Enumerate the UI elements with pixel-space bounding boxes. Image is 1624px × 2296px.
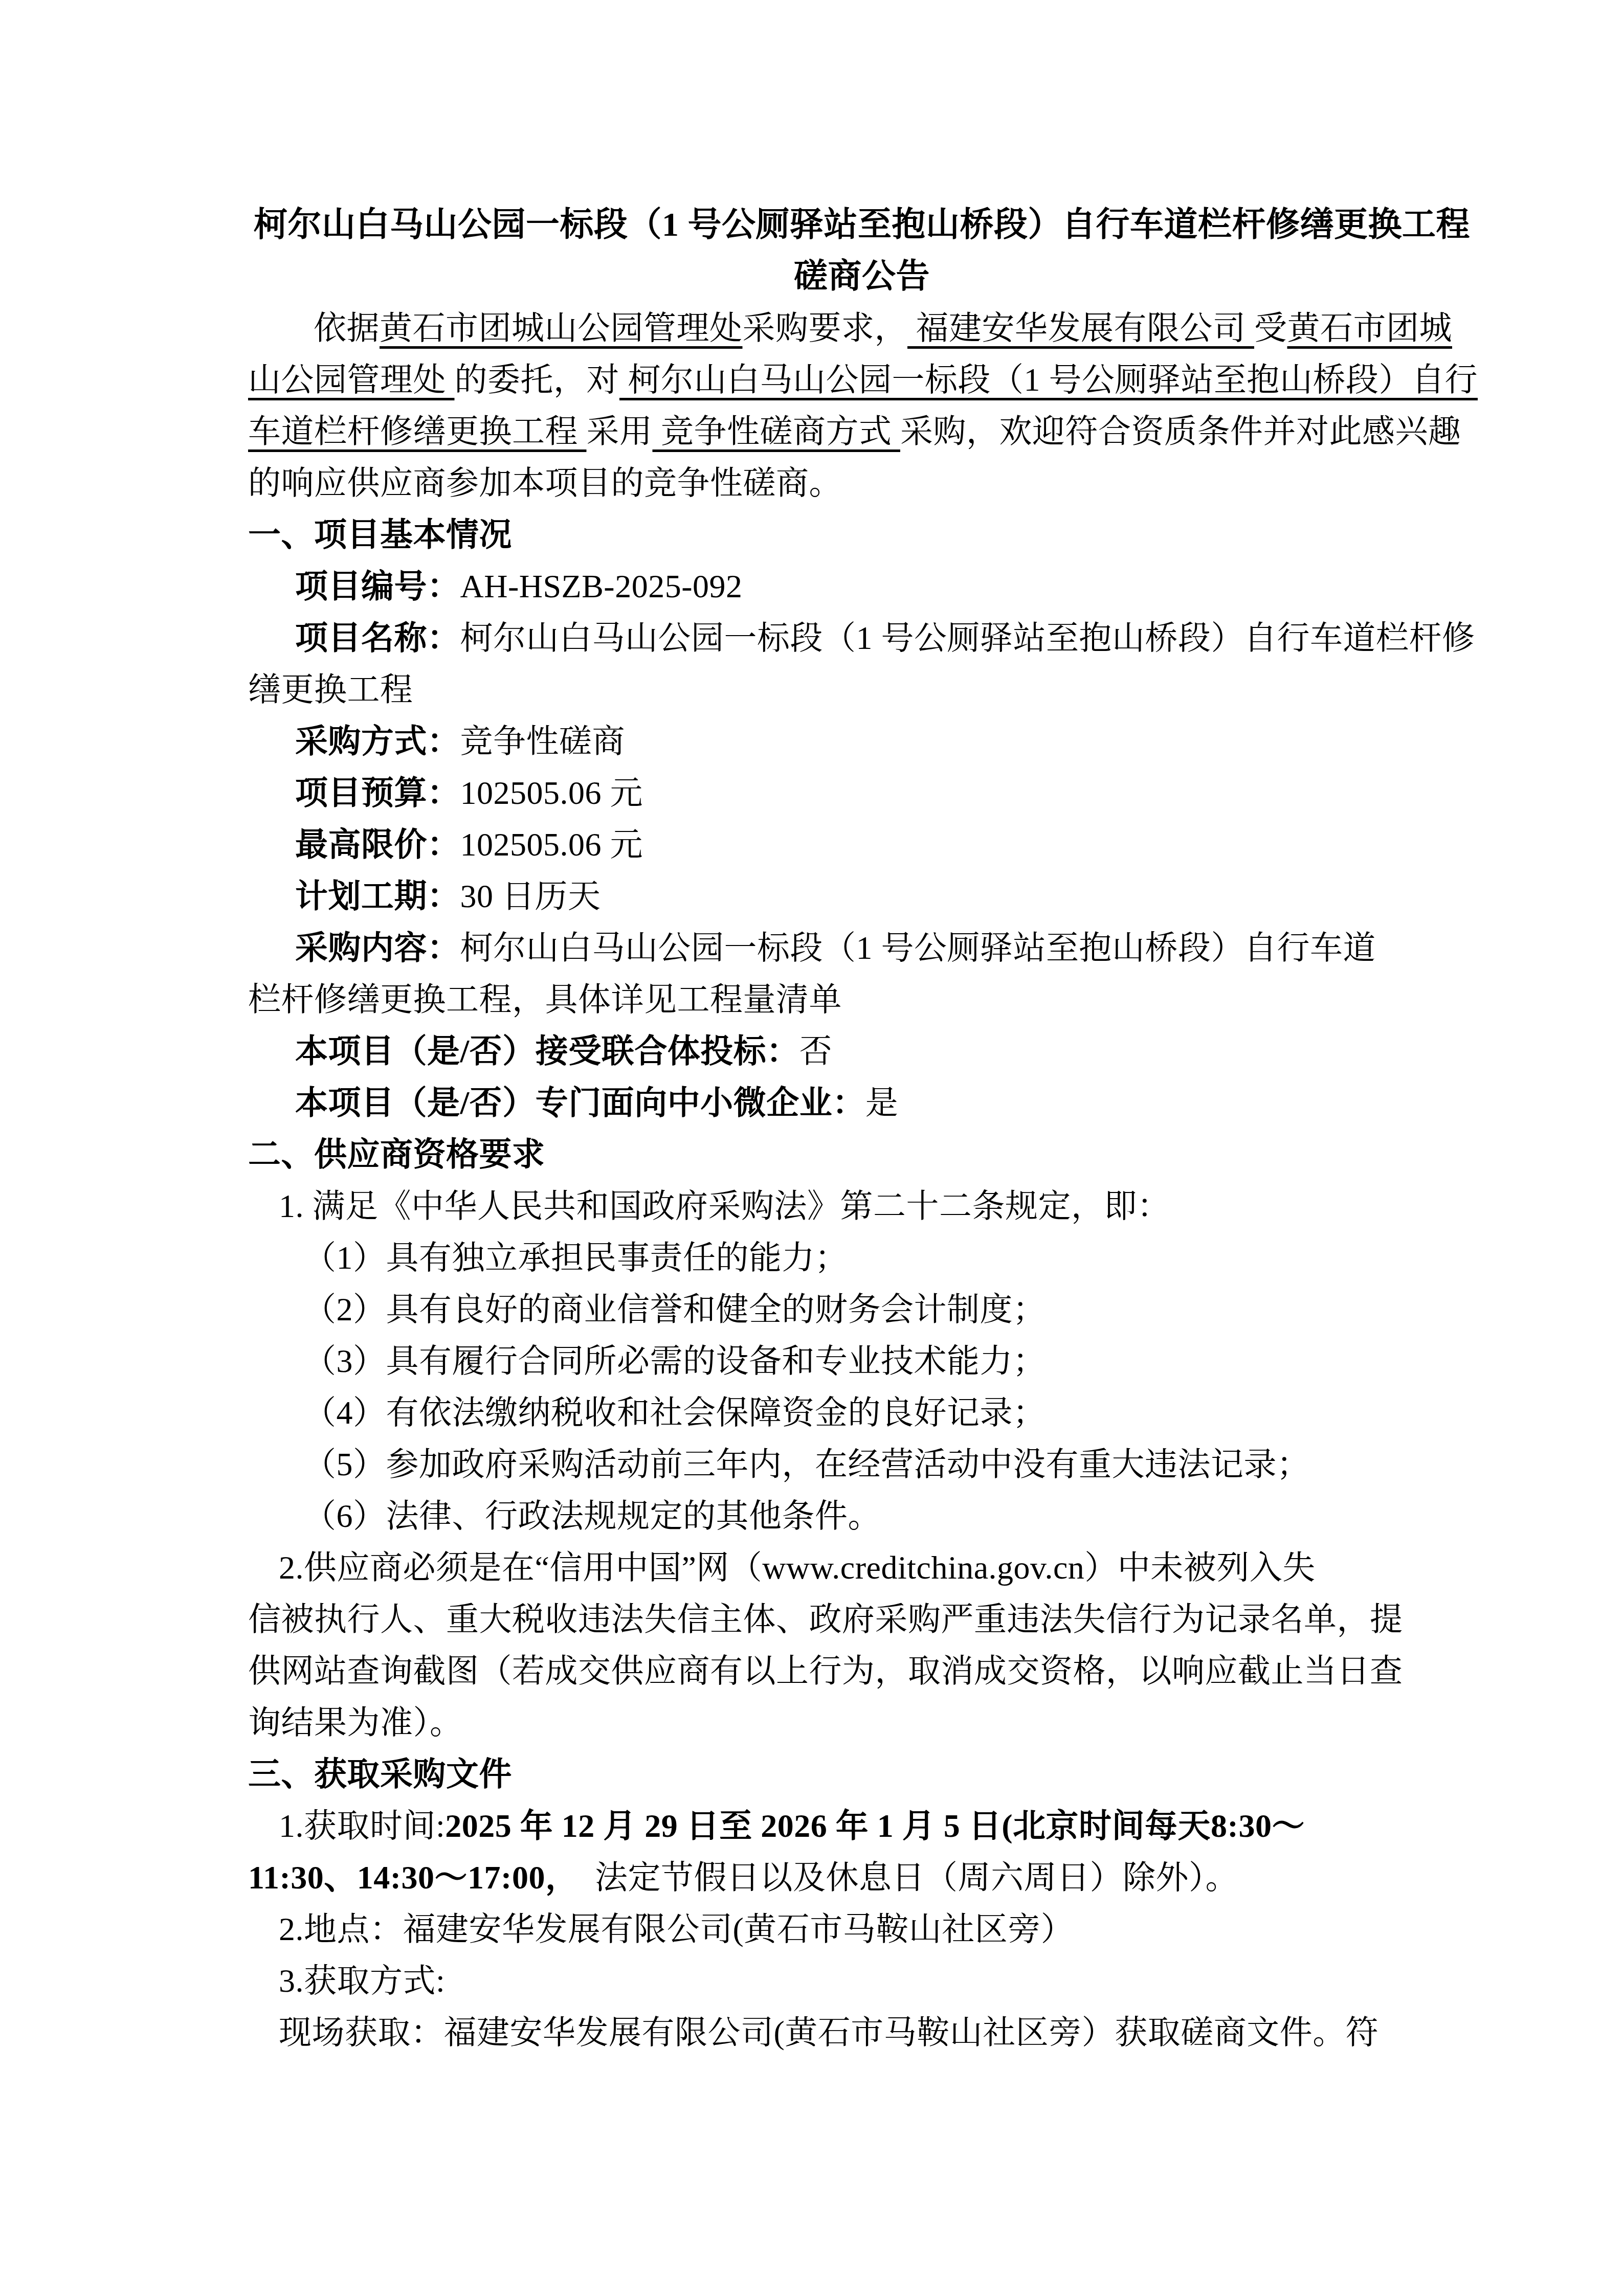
text-line-34: 现场获取：福建安华发展有限公司(黄石市马鞍山社区旁）获取磋商文件。符 — [248, 2007, 1476, 2058]
bold-text: 采购方式： — [295, 723, 460, 759]
text-line-18: 1. 满足《中华人民共和国政府采购法》第二十二条规定，即： — [248, 1180, 1476, 1232]
text-run: 供网站查询截图（若成交供应商有以上行为，取消成交资格，以响应截止当日查 — [248, 1653, 1403, 1689]
text-line-12: 计划工期：30 日历天 — [248, 870, 1476, 922]
text-line-32: 2.地点：福建安华发展有限公司(黄石市马鞍山社区旁） — [248, 1903, 1476, 1955]
underlined-text: 黄石市团城 — [1287, 310, 1453, 346]
text-run: （1）具有独立承担民事责任的能力； — [303, 1240, 848, 1276]
text-run: 的响应供应商参加本项目的竞争性磋商。 — [248, 465, 842, 501]
text-run: （4）有依法缴纳税收和社会保障资金的良好记录； — [303, 1394, 1046, 1431]
text-line-3: 车道栏杆修缮更换工程 采用 竞争性磋商方式 采购，欢迎符合资质条件并对此感兴趣 — [248, 406, 1476, 457]
bold-text: 二、供应商资格要求 — [248, 1136, 545, 1173]
text-line-9: 采购方式：竞争性磋商 — [248, 715, 1476, 767]
text-line-22: （4）有依法缴纳税收和社会保障资金的良好记录； — [248, 1387, 1476, 1438]
bold-text: 计划工期： — [295, 878, 460, 914]
text-line-29: 三、获取采购文件 — [248, 1748, 1476, 1800]
text-line-17: 二、供应商资格要求 — [248, 1129, 1476, 1180]
text-run: 依据 — [314, 310, 380, 346]
document-body: 柯尔山白马山公园一标段（1 号公厕驿站至抱山桥段）自行车道栏杆修缮更换工程 磋商… — [248, 199, 1476, 2058]
text-line-7: 项目名称：柯尔山白马山公园一标段（1 号公厕驿站至抱山桥段）自行车道栏杆修 — [248, 612, 1476, 664]
underlined-text: 福建安华发展有限公司 — [907, 310, 1254, 346]
text-run: 102505.06 元 — [460, 775, 643, 811]
text-run: 询结果为准）。 — [248, 1704, 463, 1741]
document-title: 柯尔山白马山公园一标段（1 号公厕驿站至抱山桥段）自行车道栏杆修缮更换工程 — [248, 199, 1476, 251]
bold-text: 11:30、14:30～17:00， — [248, 1859, 562, 1896]
text-run: 的委托，对 — [455, 362, 620, 398]
text-line-16: 本项目（是/否）专门面向中小微企业：是 — [248, 1077, 1476, 1129]
bold-text: 本项目（是/否）接受联合体投标： — [295, 1033, 799, 1069]
text-line-8: 缮更换工程 — [248, 664, 1476, 715]
text-line-24: （6）法律、行政法规规定的其他条件。 — [248, 1490, 1476, 1542]
text-line-1: 依据黄石市团城山公园管理处采购要求， 福建安华发展有限公司 受黄石市团城 — [248, 302, 1476, 354]
text-line-14: 栏杆修缮更换工程，具体详见工程量清单 — [248, 974, 1476, 1025]
text-run: 30 日历天 — [460, 878, 601, 914]
text-line-5: 一、项目基本情况 — [248, 509, 1476, 560]
text-line-23: （5）参加政府采购活动前三年内，在经营活动中没有重大违法记录； — [248, 1438, 1476, 1490]
text-run: 缮更换工程 — [248, 671, 413, 708]
underlined-text: 车道栏杆修缮更换工程 — [248, 413, 587, 449]
text-line-15: 本项目（是/否）接受联合体投标：否 — [248, 1025, 1476, 1077]
text-run: 受 — [1254, 310, 1287, 346]
underlined-text: 黄石市团城山公园管理处 — [380, 310, 743, 346]
bold-text: 最高限价： — [295, 826, 460, 863]
text-line-26: 信被执行人、重大税收违法失信主体、政府采购严重违法失信行为记录名单，提 — [248, 1593, 1476, 1645]
text-run: 采用 — [587, 413, 653, 449]
text-run: 采购，欢迎符合资质条件并对此感兴趣 — [900, 413, 1461, 449]
text-run: 102505.06 元 — [460, 826, 643, 863]
document-paragraphs: 依据黄石市团城山公园管理处采购要求， 福建安华发展有限公司 受黄石市团城山公园管… — [248, 302, 1476, 2058]
document-page: 柯尔山白马山公园一标段（1 号公厕驿站至抱山桥段）自行车道栏杆修缮更换工程 磋商… — [0, 0, 1624, 2296]
text-run: 现场获取：福建安华发展有限公司(黄石市马鞍山社区旁）获取磋商文件。符 — [279, 2014, 1378, 2051]
text-line-30: 1.获取时间:2025 年 12 月 29 日至 2026 年 1 月 5 日(… — [248, 1800, 1476, 1852]
text-line-27: 供网站查询截图（若成交供应商有以上行为，取消成交资格，以响应截止当日查 — [248, 1645, 1476, 1697]
text-run: 2.供应商必须是在“信用中国”网（www.creditchina.gov.cn）… — [279, 1549, 1316, 1586]
text-run: （5）参加政府采购活动前三年内，在经营活动中没有重大违法记录； — [303, 1446, 1310, 1482]
text-line-33: 3.获取方式: — [248, 1955, 1476, 2007]
text-line-10: 项目预算：102505.06 元 — [248, 767, 1476, 819]
text-line-20: （2）具有良好的商业信誉和健全的财务会计制度； — [248, 1284, 1476, 1335]
text-line-21: （3）具有履行合同所必需的设备和专业技术能力； — [248, 1335, 1476, 1387]
text-run: 采购要求， — [743, 310, 908, 346]
underlined-text: 山公园管理处 — [248, 362, 455, 398]
text-run: AH-HSZB-2025-092 — [460, 568, 743, 604]
bold-text: 项目名称： — [295, 620, 460, 656]
text-line-25: 2.供应商必须是在“信用中国”网（www.creditchina.gov.cn）… — [248, 1542, 1476, 1593]
text-line-19: （1）具有独立承担民事责任的能力； — [248, 1232, 1476, 1284]
text-run: 1. 满足《中华人民共和国政府采购法》第二十二条规定，即： — [279, 1188, 1170, 1224]
text-line-2: 山公园管理处 的委托，对 柯尔山白马山公园一标段（1 号公厕驿站至抱山桥段）自行 — [248, 354, 1476, 406]
bold-text: 项目预算： — [295, 775, 460, 811]
text-run: （6）法律、行政法规规定的其他条件。 — [303, 1498, 881, 1534]
underlined-text: 柯尔山白马山公园一标段（1 号公厕驿站至抱山桥段）自行 — [619, 362, 1478, 398]
text-line-6: 项目编号：AH-HSZB-2025-092 — [248, 560, 1476, 612]
text-run: 柯尔山白马山公园一标段（1 号公厕驿站至抱山桥段）自行车道 — [460, 930, 1376, 966]
text-line-28: 询结果为准）。 — [248, 1697, 1476, 1748]
text-run: 否 — [799, 1033, 833, 1069]
text-run: （3）具有履行合同所必需的设备和专业技术能力； — [303, 1343, 1046, 1379]
text-run: 法定节假日以及休息日（周六周日）除外）。 — [562, 1859, 1238, 1896]
text-run: 3.获取方式: — [279, 1963, 445, 1999]
text-run: 是 — [865, 1085, 899, 1121]
bold-text: 2025 年 12 月 29 日至 2026 年 1 月 5 日(北京时间每天8… — [445, 1808, 1305, 1844]
text-line-13: 采购内容：柯尔山白马山公园一标段（1 号公厕驿站至抱山桥段）自行车道 — [248, 922, 1476, 974]
text-run: 竞争性磋商 — [460, 723, 626, 759]
bold-text: 本项目（是/否）专门面向中小微企业： — [295, 1085, 865, 1121]
bold-text: 三、获取采购文件 — [248, 1756, 512, 1792]
text-line-31: 11:30、14:30～17:00， 法定节假日以及休息日（周六周日）除外）。 — [248, 1852, 1476, 1903]
bold-text: 项目编号： — [295, 568, 460, 604]
document-subtitle: 磋商公告 — [248, 251, 1476, 302]
bold-text: 一、项目基本情况 — [248, 516, 512, 553]
text-run: 2.地点：福建安华发展有限公司(黄石市马鞍山社区旁） — [279, 1911, 1074, 1947]
text-line-11: 最高限价：102505.06 元 — [248, 819, 1476, 870]
bold-text: 采购内容： — [295, 930, 460, 966]
text-line-4: 的响应供应商参加本项目的竞争性磋商。 — [248, 457, 1476, 509]
text-run: 柯尔山白马山公园一标段（1 号公厕驿站至抱山桥段）自行车道栏杆修 — [460, 620, 1475, 656]
text-run: 栏杆修缮更换工程，具体详见工程量清单 — [248, 981, 842, 1018]
text-run: （2）具有良好的商业信誉和健全的财务会计制度； — [303, 1291, 1046, 1327]
text-run: 信被执行人、重大税收违法失信主体、政府采购严重违法失信行为记录名单，提 — [248, 1601, 1403, 1637]
text-run: 1.获取时间: — [279, 1808, 445, 1844]
underlined-text: 竞争性磋商方式 — [653, 413, 901, 449]
